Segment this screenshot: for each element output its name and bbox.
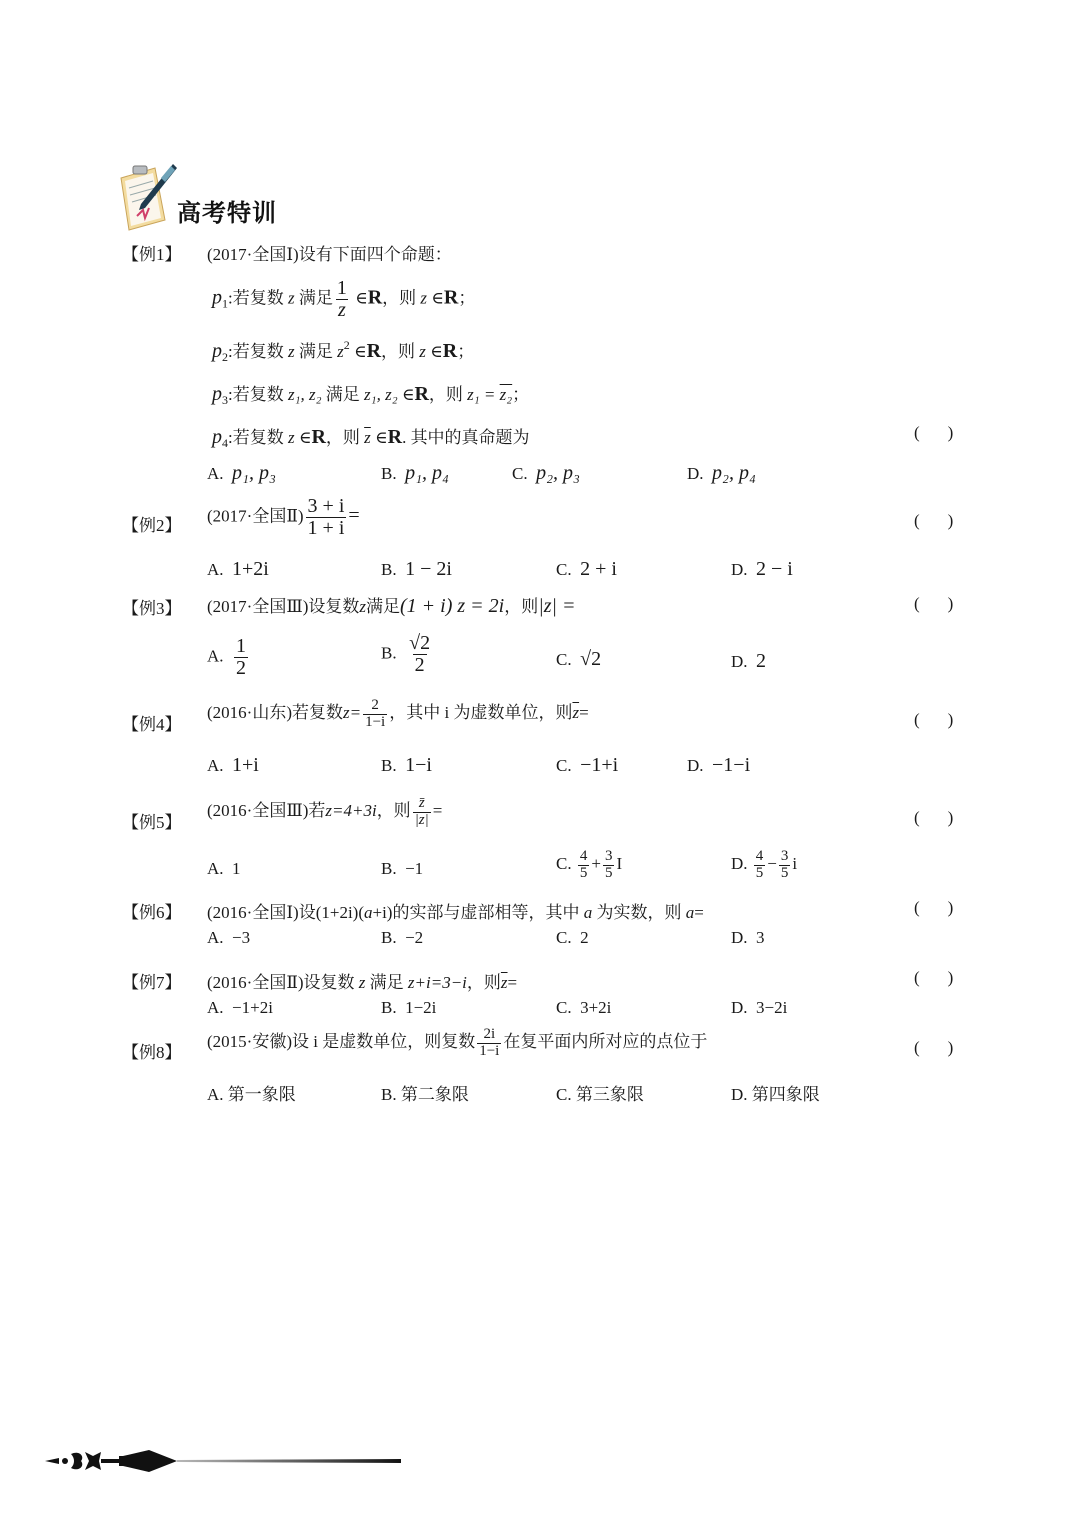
option-b[interactable]: B. p₁, p₄ (381, 462, 449, 485)
option-a[interactable]: A. −3 (207, 928, 250, 948)
proposition-p3: p3:若复数 z₁, z₂ 满足 z₁, z₂ ∈R，则 z₁ = z₂； (212, 380, 529, 408)
example-question: (2017·全国Ⅲ)设复数z满足(1 + i) z = 2i，则|z| = (207, 592, 576, 618)
option-c[interactable]: C. 3+2i (556, 998, 611, 1018)
option-b[interactable]: B. 1−i (381, 754, 432, 777)
answer-blank[interactable]: () (914, 898, 953, 918)
example-question: (2015·安徽)设 i 是虚数单位，则复数2i1−i在复平面内所对应的点位于 (207, 1027, 707, 1060)
option-d[interactable]: D. p₂, p₄ (687, 462, 756, 485)
option-b[interactable]: B. 1−2i (381, 998, 436, 1018)
answer-blank[interactable]: () (914, 710, 953, 730)
example-label: 【例6】 (122, 898, 182, 923)
example-label: 【例8】 (122, 1038, 182, 1063)
option-d[interactable]: D. 2 (731, 650, 766, 673)
option-c[interactable]: C. p₂, p₃ (512, 462, 580, 485)
option-c[interactable]: C. 2 (556, 928, 589, 948)
example-question: (2016·全国Ⅱ)设复数 z 满足 z+i=3−i，则z= (207, 968, 517, 993)
option-c[interactable]: C. 45+35I (556, 849, 622, 882)
answer-blank[interactable]: () (914, 1038, 953, 1058)
answer-blank[interactable]: () (914, 968, 953, 988)
option-d[interactable]: D. 3 (731, 928, 765, 948)
proposition-p4: p4:若复数 z ∈R，则 z ∈R. 其中的真命题为 (212, 423, 530, 451)
option-b[interactable]: B. 1 − 2i (381, 558, 452, 581)
option-a[interactable]: A. 第一象限 (207, 1080, 296, 1105)
proposition-p1: p1:若复数 z 满足1z ∈R，则 z ∈R； (212, 278, 475, 321)
option-d[interactable]: D. 2 − i (731, 558, 793, 581)
example-question: (2016·全国Ⅰ)设(1+2i)(a+i)的实部与虚部相等，其中 a 为实数，… (207, 898, 704, 923)
option-c[interactable]: C. 2 + i (556, 558, 617, 581)
option-c[interactable]: C. 第三象限 (556, 1080, 644, 1105)
section-title: 高考特训 (177, 193, 277, 228)
option-a[interactable]: A. 1+i (207, 754, 259, 777)
answer-blank[interactable]: () (914, 808, 953, 828)
option-a[interactable]: A. −1+2i (207, 998, 273, 1018)
option-a[interactable]: A. 1 (207, 859, 241, 879)
option-a[interactable]: A. 12 (207, 636, 250, 679)
example-label: 【例7】 (122, 968, 182, 993)
example-question: (2016·全国Ⅲ)若z=4+3i，则z̄|z|= (207, 796, 442, 829)
example-label: 【例4】 (122, 710, 182, 735)
clipboard-pen-icon (115, 158, 179, 232)
answer-blank[interactable]: () (914, 423, 953, 443)
option-c[interactable]: C. √2 (556, 648, 601, 671)
example-label: 【例5】 (122, 808, 182, 833)
option-d[interactable]: D. 3−2i (731, 998, 787, 1018)
option-c[interactable]: C. −1+i (556, 754, 618, 777)
example-label: 【例3】 (122, 594, 182, 619)
example-label: 【例1】 (122, 240, 182, 265)
decorative-divider-icon (45, 1448, 405, 1474)
option-b[interactable]: B. −1 (381, 859, 423, 879)
answer-blank[interactable]: () (914, 594, 953, 614)
example-question: (2016·山东)若复数z=21−i，其中 i 为虚数单位，则z= (207, 698, 589, 731)
option-b[interactable]: B. √22 (381, 633, 434, 676)
answer-blank[interactable]: () (914, 511, 953, 531)
option-a[interactable]: A. p₁, p₃ (207, 462, 276, 485)
example-label: 【例2】 (122, 511, 182, 536)
proposition-p2: p2:若复数 z 满足 z2 ∈R，则 z ∈R； (212, 337, 474, 365)
example-source: (2017·全国Ⅰ)设有下面四个命题： (207, 240, 452, 265)
option-d[interactable]: D. −1−i (687, 754, 750, 777)
option-b[interactable]: B. 第二象限 (381, 1080, 469, 1105)
option-d[interactable]: D. 第四象限 (731, 1080, 820, 1105)
option-a[interactable]: A. 1+2i (207, 558, 269, 581)
example-question: (2017·全国Ⅱ)3 + i1 + i= (207, 496, 360, 539)
option-d[interactable]: D. 45−35i (731, 849, 797, 882)
option-b[interactable]: B. −2 (381, 928, 423, 948)
